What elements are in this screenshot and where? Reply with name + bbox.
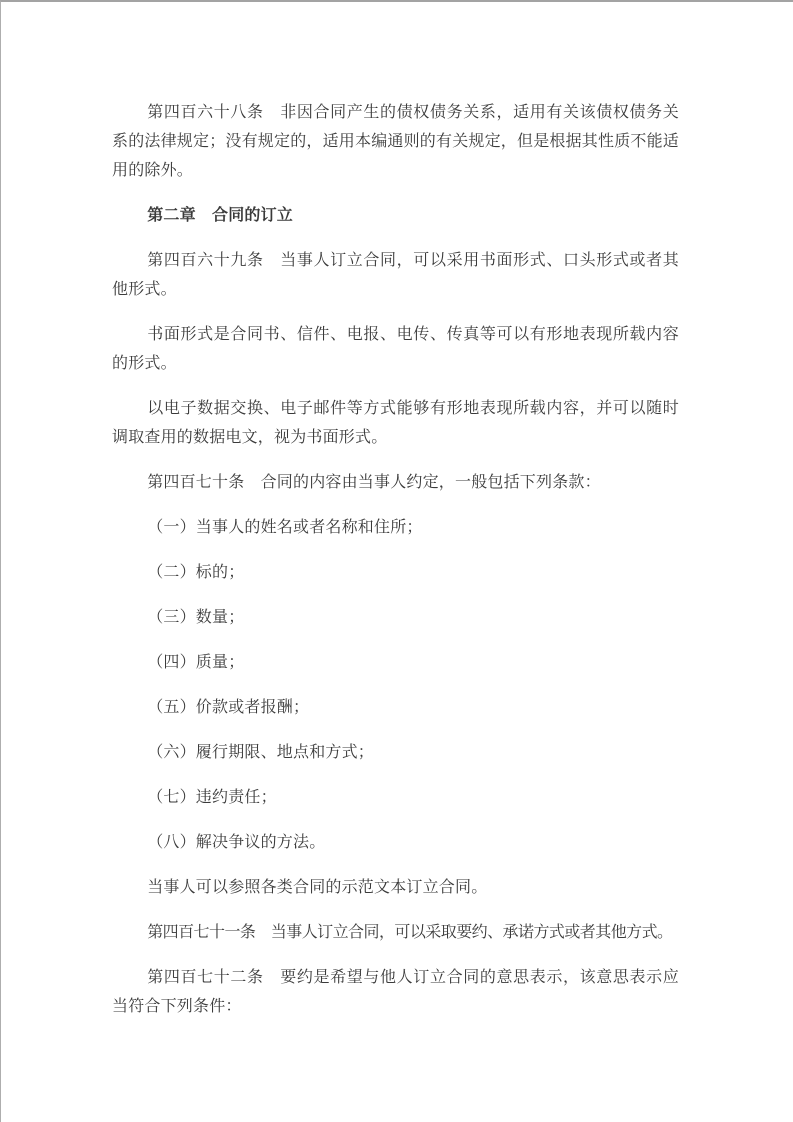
list-item-paragraph: （七）违约责任； (112, 783, 679, 812)
list-item-paragraph: （六）履行期限、地点和方式； (112, 738, 679, 767)
list-item-paragraph: （一）当事人的姓名或者名称和住所； (112, 513, 679, 542)
article-paragraph: 第四百六十九条 当事人订立合同，可以采用书面形式、口头形式或者其他形式。 (112, 246, 679, 304)
document-page: 第四百六十八条 非因合同产生的债权债务关系，适用有关该债权债务关系的法律规定；没… (1, 2, 793, 1122)
article-paragraph: 第四百七十条 合同的内容由当事人约定，一般包括下列条款： (112, 468, 679, 497)
body-paragraph: 书面形式是合同书、信件、电报、电传、传真等可以有形地表现所载内容的形式。 (112, 320, 679, 378)
article-paragraph: 第四百七十一条 当事人订立合同，可以采取要约、承诺方式或者其他方式。 (112, 918, 679, 947)
document-body: 第四百六十八条 非因合同产生的债权债务关系，适用有关该债权债务关系的法律规定；没… (112, 98, 679, 1021)
list-item-paragraph: （二）标的； (112, 558, 679, 587)
list-item-paragraph: （五）价款或者报酬； (112, 693, 679, 722)
list-item-paragraph: （四）质量； (112, 648, 679, 677)
list-item-paragraph: （三）数量； (112, 603, 679, 632)
chapter-heading: 第二章 合同的订立 (112, 201, 679, 230)
list-item-paragraph: （八）解决争议的方法。 (112, 828, 679, 857)
body-paragraph: 当事人可以参照各类合同的示范文本订立合同。 (112, 873, 679, 902)
document-viewer: { "page": { "background": "#ffffff", "te… (0, 0, 793, 1122)
body-paragraph: 以电子数据交换、电子邮件等方式能够有形地表现所载内容，并可以随时调取查用的数据电… (112, 394, 679, 452)
article-paragraph: 第四百六十八条 非因合同产生的债权债务关系，适用有关该债权债务关系的法律规定；没… (112, 98, 679, 185)
article-paragraph: 第四百七十二条 要约是希望与他人订立合同的意思表示，该意思表示应当符合下列条件： (112, 963, 679, 1021)
